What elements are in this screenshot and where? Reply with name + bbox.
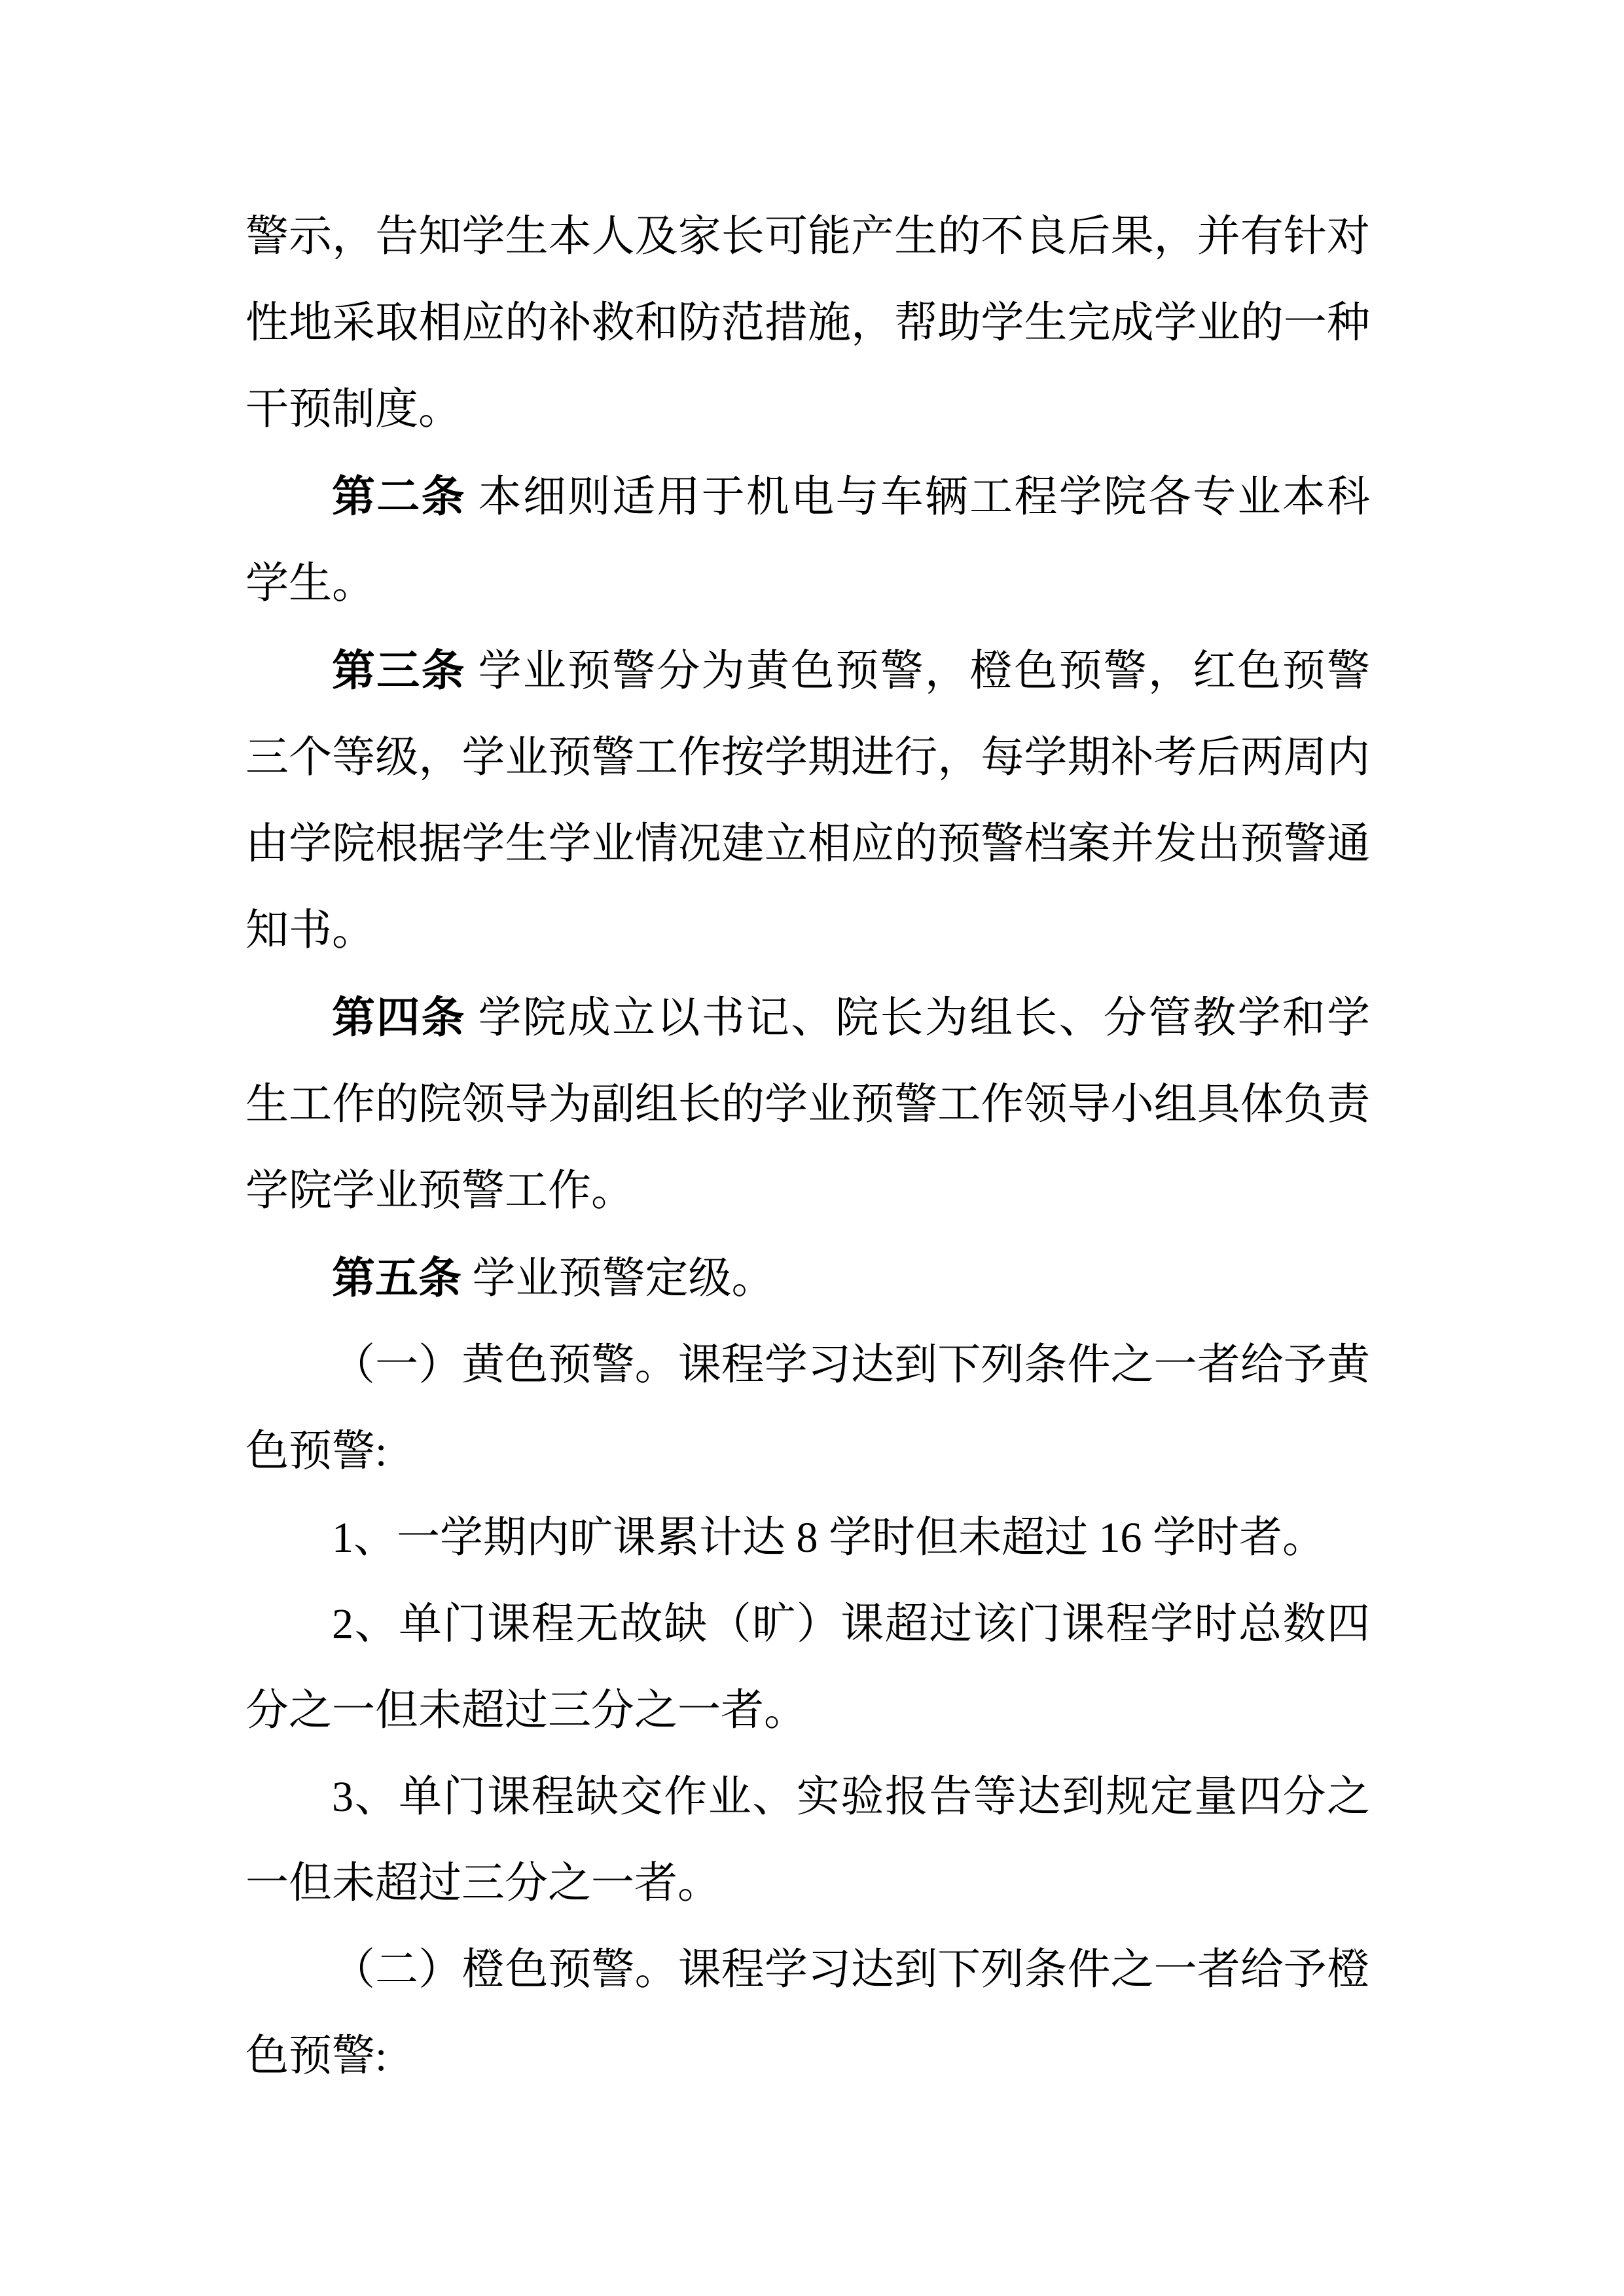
paragraph-text: （一）黄色预警。课程学习达到下列条件之一者给予黄色预警:	[245, 1341, 1370, 1475]
paragraph-text: 3、单门课程缺交作业、实验报告等达到规定量四分之一但未超过三分之一者。	[245, 1773, 1370, 1907]
article-number-label: 第四条	[332, 993, 466, 1041]
paragraph-text: （二）橙色预警。课程学习达到下列条件之一者给予橙色预警:	[245, 1946, 1370, 2080]
paragraph-text: 1、一学期内旷课累计达 8 学时但未超过 16 学时者。	[332, 1514, 1326, 1562]
paragraph-item-2: 2、单门课程无故缺（旷）课超过该门课程学时总数四分之一但未超过三分之一者。	[245, 1581, 1370, 1754]
paragraph-article-4: 第四条 学院成立以书记、院长为组长、分管教学和学生工作的院领导为副组长的学业预警…	[245, 974, 1370, 1234]
paragraph-clause-orange: （二）橙色预警。课程学习达到下列条件之一者给予橙色预警:	[245, 1927, 1370, 2100]
paragraph-continuation: 警示，告知学生本人及家长可能产生的不良后果，并有针对性地采取相应的补救和防范措施…	[245, 194, 1370, 453]
paragraph-article-2: 第二条 本细则适用于机电与车辆工程学院各专业本科学生。	[245, 453, 1370, 627]
paragraph-text: 2、单门课程无故缺（旷）课超过该门课程学时总数四分之一但未超过三分之一者。	[245, 1600, 1370, 1734]
paragraph-article-3: 第三条 学业预警分为黄色预警，橙色预警，红色预警三个等级，学业预警工作按学期进行…	[245, 627, 1370, 974]
paragraph-text: 警示，告知学生本人及家长可能产生的不良后果，并有针对性地采取相应的补救和防范措施…	[245, 213, 1370, 433]
paragraph-item-3: 3、单门课程缺交作业、实验报告等达到规定量四分之一但未超过三分之一者。	[245, 1754, 1370, 1927]
paragraph-item-1: 1、一学期内旷课累计达 8 学时但未超过 16 学时者。	[245, 1495, 1370, 1581]
article-number-label: 第二条	[332, 472, 466, 520]
paragraph-text: 学业预警定级。	[461, 1255, 775, 1302]
paragraph-clause-yellow: （一）黄色预警。课程学习达到下列条件之一者给予黄色预警:	[245, 1322, 1370, 1495]
article-number-label: 第五条	[332, 1253, 461, 1302]
document-body: 警示，告知学生本人及家长可能产生的不良后果，并有针对性地采取相应的补救和防范措施…	[245, 194, 1370, 2100]
article-number-label: 第三条	[332, 646, 466, 694]
document-page: 警示，告知学生本人及家长可能产生的不良后果，并有针对性地采取相应的补救和防范措施…	[0, 0, 1624, 2296]
paragraph-article-5: 第五条 学业预警定级。	[245, 1234, 1370, 1322]
